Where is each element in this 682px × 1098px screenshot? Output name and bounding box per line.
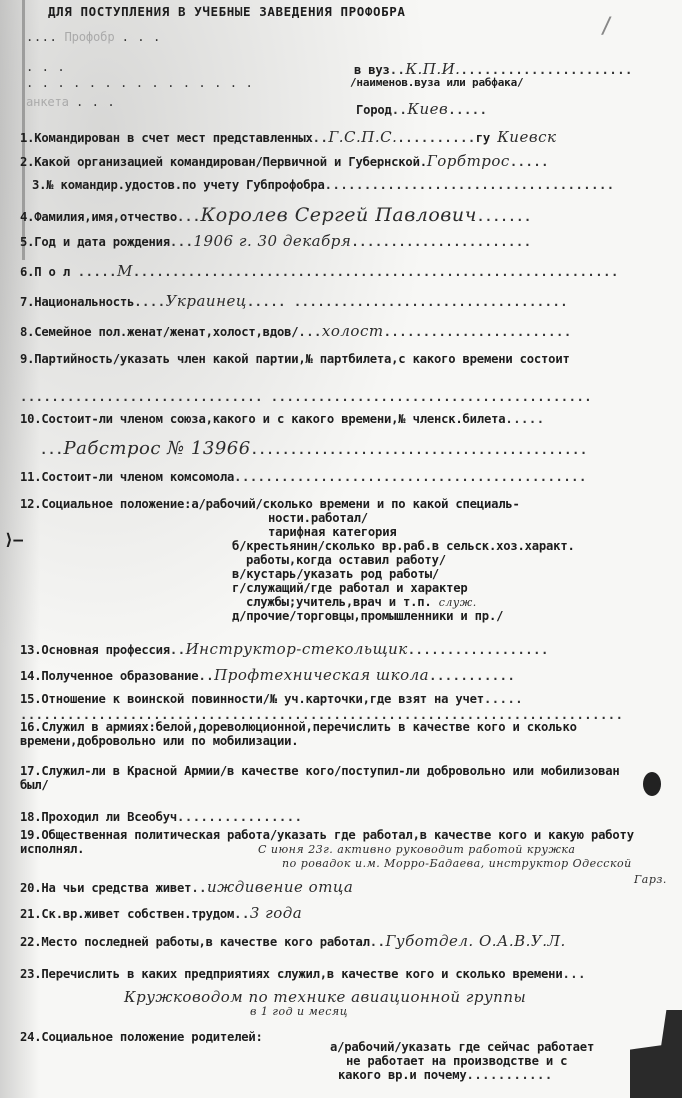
form-field-13: 13.Основная профессия..Инструктор-стекол… [20, 640, 668, 658]
field-value: по ровадок и.м. Морро-Бадаева, инструкто… [282, 857, 632, 870]
field-suffix: гу [476, 131, 490, 145]
field-option-line: какого вр.и почему........... [338, 1068, 553, 1082]
field-number: 3. [32, 178, 46, 192]
form-field-15: 15.Отношение к воинской повинности/№ уч.… [20, 692, 668, 706]
form-field-10-value: ...Рабстрос № 13966.....................… [40, 438, 668, 459]
form-field-9: 9.Партийность/указать член какой партии,… [20, 352, 640, 366]
form-field-8: 8.Семейное пол.женат/женат,холост,вдов/.… [20, 322, 668, 340]
field-number: 11. [20, 470, 41, 484]
field-suffix-value: Киевск [497, 128, 556, 146]
field-option: работы,когда оставил работу/ [246, 553, 446, 567]
field-option: тарифная категория [268, 525, 396, 539]
field-label: Проходил ли Всеобуч [41, 810, 177, 824]
field-option: а/рабочий/сколько времени и по какой спе… [191, 497, 519, 511]
field-number: 22. [20, 935, 41, 949]
field-number: 14. [20, 669, 41, 683]
field-value: М [117, 262, 133, 280]
field-label: Социальное положение родителей: [41, 1030, 262, 1044]
field-label: Какой организацией командирован/Первично… [34, 155, 427, 169]
city-label: Город [356, 103, 392, 117]
form-field-5: 5.Год и дата рождения...1906 г. 30 декаб… [20, 232, 668, 250]
field-number: 6. [20, 265, 34, 279]
field-label: Перечислить в каких предприятиях служил,… [41, 967, 562, 981]
field-value: Королев Сергей Павлович [201, 204, 477, 226]
form-field-18: 18.Проходил ли Всеобуч................ [20, 810, 668, 824]
field-23-value: в 1 год и месяц [250, 1004, 348, 1018]
form-field-12: 12.Социальное положение:а/рабочий/скольк… [20, 497, 668, 511]
field-number: 17. [20, 764, 41, 778]
field-value: Профтехническая школа [214, 666, 429, 684]
field-label: Состоит-ли членом союза,какого и с каког… [41, 412, 505, 426]
faded-dots: . . . . . . . . . . . . . . . [26, 76, 668, 90]
field-label: Служил-ли в Красной Армии/в качестве ког… [20, 764, 620, 792]
field-number: 1. [20, 131, 34, 145]
field-label: Отношение к воинской повинности/№ уч.кар… [41, 692, 484, 706]
field-value: Губотдел. О.А.В.У.Л. [385, 932, 565, 950]
field-number: 8. [20, 325, 34, 339]
field-option: б/крестьянин/сколько вр.раб.в сельск.хоз… [232, 539, 575, 553]
field-label: Полученное образование [41, 669, 198, 683]
field-label: Социальное положение: [41, 497, 191, 511]
field-number: 24. [20, 1030, 41, 1044]
form-field-21: 21.Ск.вр.живет собствен.трудом..3 года [20, 904, 668, 922]
form-field-1: 1.Командирован в счет мест представленны… [20, 128, 668, 146]
field-number: 20. [20, 881, 41, 895]
field-number: 10. [20, 412, 41, 426]
field-option: д/прочие/торговцы,промышленники и пр./ [232, 609, 503, 623]
field-value: в 1 год и месяц [250, 1005, 348, 1018]
field-label: П о л [34, 265, 70, 279]
form-field-20: 20.На чьи средства живет..иждивение отца [20, 878, 668, 896]
document-title: ДЛЯ ПОСТУПЛЕНИЯ В УЧЕБНЫЕ ЗАВЕДЕНИЯ ПРОФ… [48, 4, 406, 19]
field-option: в/кустарь/указать род работы/ [232, 567, 439, 581]
field-label: Командирован в счет мест представленных [34, 131, 312, 145]
field-value: Украинец [166, 292, 247, 310]
field-number: 13. [20, 643, 41, 657]
field-number: 15. [20, 692, 41, 706]
field-19-value: по ровадок и.м. Морро-Бадаева, инструкто… [282, 856, 632, 870]
dotted-line: ............................... ........… [20, 390, 668, 404]
field-value: Инструктор-стекольщик [186, 640, 408, 658]
vuz-caption: /наименов.вуза или рабфака/ [350, 76, 523, 89]
field-option: не работает на производстве и с [346, 1054, 567, 1068]
field-number: 23. [20, 967, 41, 981]
field-label: № командир.удостов.по учету Губпрофобра [46, 178, 324, 192]
field-option-line: службы;учитель,врач и т.п. служ. [246, 595, 477, 609]
field-value: служ. [439, 596, 477, 609]
margin-arrow-mark: ⟩— [4, 530, 23, 549]
field-value: 1906 г. 30 декабря [193, 232, 351, 250]
city-field: Город..Киев..... [356, 100, 487, 118]
field-value: холост [322, 322, 384, 340]
field-number: 7. [20, 295, 34, 309]
field-value: Г.С.П.С. [328, 128, 397, 146]
form-field-23: 23.Перечислить в каких предприятиях служ… [20, 960, 660, 988]
faded-text: анкета [26, 95, 69, 109]
city-value: Киев [407, 100, 448, 118]
form-field-17: 17.Служил-ли в Красной Армии/в качестве … [20, 764, 645, 792]
ink-blot [643, 772, 661, 796]
field-label: Партийность/указать член какой партии,№ … [34, 352, 569, 366]
form-field-2: 2.Какой организацией командирован/Первич… [20, 152, 668, 170]
form-field-4: 4.Фамилия,имя,отчество...Королев Сергей … [20, 204, 668, 226]
field-option: какого вр.и почему [338, 1068, 466, 1082]
pencil-mark: / [600, 14, 613, 39]
field-label: Год и дата рождения [34, 235, 170, 249]
form-field-7: 7.Национальность....Украинец..... ......… [20, 292, 668, 310]
field-option: г/служащий/где работал и характер [232, 581, 468, 595]
field-value: С июня 23г. активно руководит работой кр… [258, 843, 575, 856]
form-field-22: 22.Место последней работы,в качестве ког… [20, 932, 668, 950]
field-label: Место последней работы,в качестве кого р… [41, 935, 369, 949]
field-number: 18. [20, 810, 41, 824]
field-label: Основная профессия [41, 643, 169, 657]
form-field-10: 10.Состоит-ли членом союза,какого и с ка… [20, 412, 668, 426]
field-number: 16. [20, 720, 41, 734]
field-number: 5. [20, 235, 34, 249]
field-label: Ск.вр.живет собствен.трудом [41, 907, 234, 921]
field-label: Служил в армиях:белой,дореволюционной,пе… [20, 720, 577, 748]
field-number: 2. [20, 155, 34, 169]
field-number: 9. [20, 352, 34, 366]
field-value: иждивение отца [207, 878, 353, 896]
field-value: Рабстрос № 13966 [64, 438, 251, 459]
form-field-3: 3.№ командир.удостов.по учету Губпрофобр… [32, 178, 668, 192]
field-label: Состоит-ли членом комсомола [41, 470, 234, 484]
field-option: службы;учитель,врач и т.п. [246, 595, 432, 609]
field-number: 19. [20, 828, 41, 842]
field-label: Национальность [34, 295, 134, 309]
field-option: а/рабочий/указать где сейчас работает [330, 1040, 594, 1054]
form-field-6: 6.П о л .....М..........................… [20, 262, 668, 280]
field-label: На чьи средства живет [41, 881, 191, 895]
field-label: Семейное пол.женат/женат,холост,вдов/ [34, 325, 298, 339]
scanned-document: ДЛЯ ПОСТУПЛЕНИЯ В УЧЕБНЫЕ ЗАВЕДЕНИЯ ПРОФ… [0, 0, 682, 1098]
faded-header-line: .... Профобр . . . [26, 30, 668, 44]
form-field-16: 16.Служил в армиях:белой,дореволюционной… [20, 720, 650, 748]
field-value: Горбтрос [427, 152, 510, 170]
field-number: 21. [20, 907, 41, 921]
field-number: 4. [20, 210, 34, 224]
field-number: 12. [20, 497, 41, 511]
field-value: 3 года [250, 904, 302, 922]
form-field-14: 14.Полученное образование..Профтехническ… [20, 666, 668, 684]
field-label: Фамилия,имя,отчество [34, 210, 177, 224]
field-option: ности.работал/ [268, 511, 368, 525]
faded-text: Профобр [65, 30, 115, 44]
faded-header-line: анкета . . . [26, 95, 668, 109]
torn-corner-shadow [630, 1010, 682, 1098]
form-field-11: 11.Состоит-ли членом комсомола..........… [20, 470, 668, 484]
field-19-value: С июня 23г. активно руководит работой кр… [258, 842, 575, 856]
vuz-label: в вуз [354, 63, 390, 77]
